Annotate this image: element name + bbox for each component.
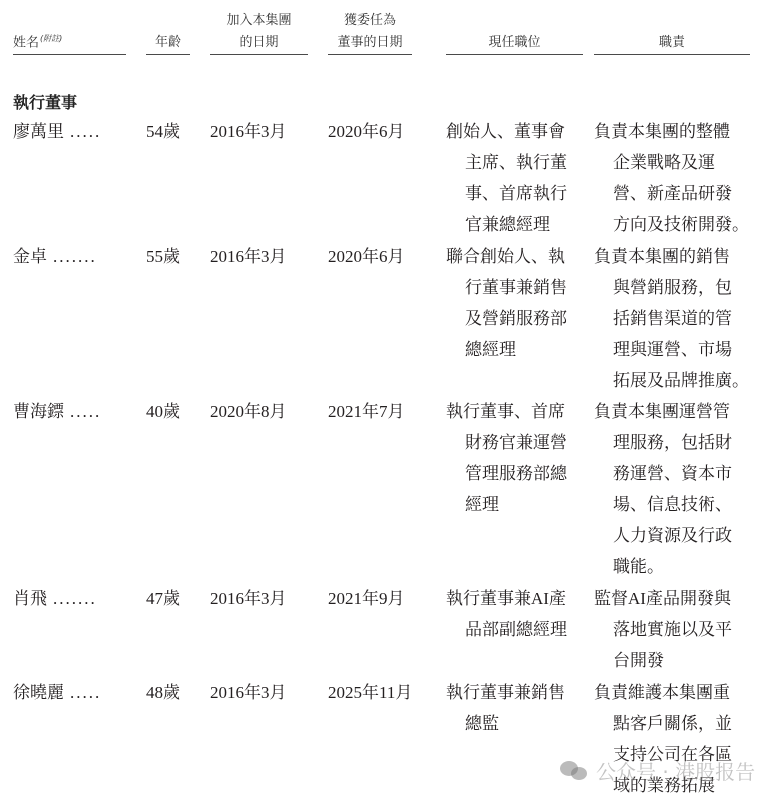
duties: 負責本集團運營管 理服務，包括財 務運營、資本市 場、信息技術、 人力資源及行政… <box>594 396 732 582</box>
director-age: 47歲 <box>146 583 180 614</box>
header-name-label: 姓名 <box>13 35 39 50</box>
header-appointed-line2: 董事的日期 <box>337 32 402 54</box>
director-name: 金卓....... <box>13 241 97 272</box>
director-name: 肖飛....... <box>13 583 97 614</box>
duties: 監督AI產品開發與 落地實施以及平 台開發 <box>594 583 732 676</box>
duties: 負責本集團的整體 企業戰略及運 營、新產品研發 方向及技術開發。 <box>594 116 749 240</box>
director-age: 55歲 <box>146 241 180 272</box>
duties: 負責維護本集團重 點客戶關係，並 支持公司在各區 域的業務拓展 <box>594 677 732 801</box>
header-name: 姓名(附註) <box>13 0 126 55</box>
duties: 負責本集團的銷售 與營銷服務，包 括銷售渠道的管 理與運營、市場 拓展及品牌推廣… <box>594 241 749 396</box>
header-join-line2: 的日期 <box>239 32 278 54</box>
header-join-date: 加入本集團 的日期 <box>210 0 308 55</box>
header-join-line1: 加入本集團 <box>226 10 291 32</box>
appointed-date: 2020年6月 <box>328 241 405 272</box>
header-appointed-line1: 獲委任為 <box>344 10 396 32</box>
header-name-note: (附註) <box>40 34 62 43</box>
join-date: 2016年3月 <box>210 116 287 147</box>
header-duties-label: 職責 <box>659 32 685 54</box>
director-age: 54歲 <box>146 116 180 147</box>
section-title: 執行董事 <box>13 90 77 113</box>
director-name: 曹海鏢..... <box>13 396 101 427</box>
appointed-date: 2025年11月 <box>328 677 412 708</box>
join-date: 2016年3月 <box>210 583 287 614</box>
appointed-date: 2021年9月 <box>328 583 405 614</box>
header-age: 年齡 <box>146 0 190 55</box>
join-date: 2016年3月 <box>210 241 287 272</box>
position: 創始人、董事會 主席、執行董 事、首席執行 官兼總經理 <box>446 116 567 240</box>
header-position: 現任職位 <box>446 0 583 55</box>
appointed-date: 2020年6月 <box>328 116 405 147</box>
wechat-icon <box>560 759 590 781</box>
position: 聯合創始人、執 行董事兼銷售 及營銷服務部 總經理 <box>446 241 567 365</box>
join-date: 2020年8月 <box>210 396 287 427</box>
header-duties: 職責 <box>594 0 750 55</box>
join-date: 2016年3月 <box>210 677 287 708</box>
header-age-label: 年齡 <box>155 32 181 54</box>
position: 執行董事兼AI產 品部副總經理 <box>446 583 567 645</box>
header-appointed-date: 獲委任為 董事的日期 <box>328 0 412 55</box>
director-age: 48歲 <box>146 677 180 708</box>
position: 執行董事、首席 財務官兼運營 管理服務部總 經理 <box>446 396 567 520</box>
appointed-date: 2021年7月 <box>328 396 405 427</box>
director-name: 廖萬里..... <box>13 116 101 147</box>
header-position-label: 現任職位 <box>488 32 540 54</box>
director-name: 徐曉麗..... <box>13 677 101 708</box>
position: 執行董事兼銷售 總監 <box>446 677 565 739</box>
director-age: 40歲 <box>146 396 180 427</box>
